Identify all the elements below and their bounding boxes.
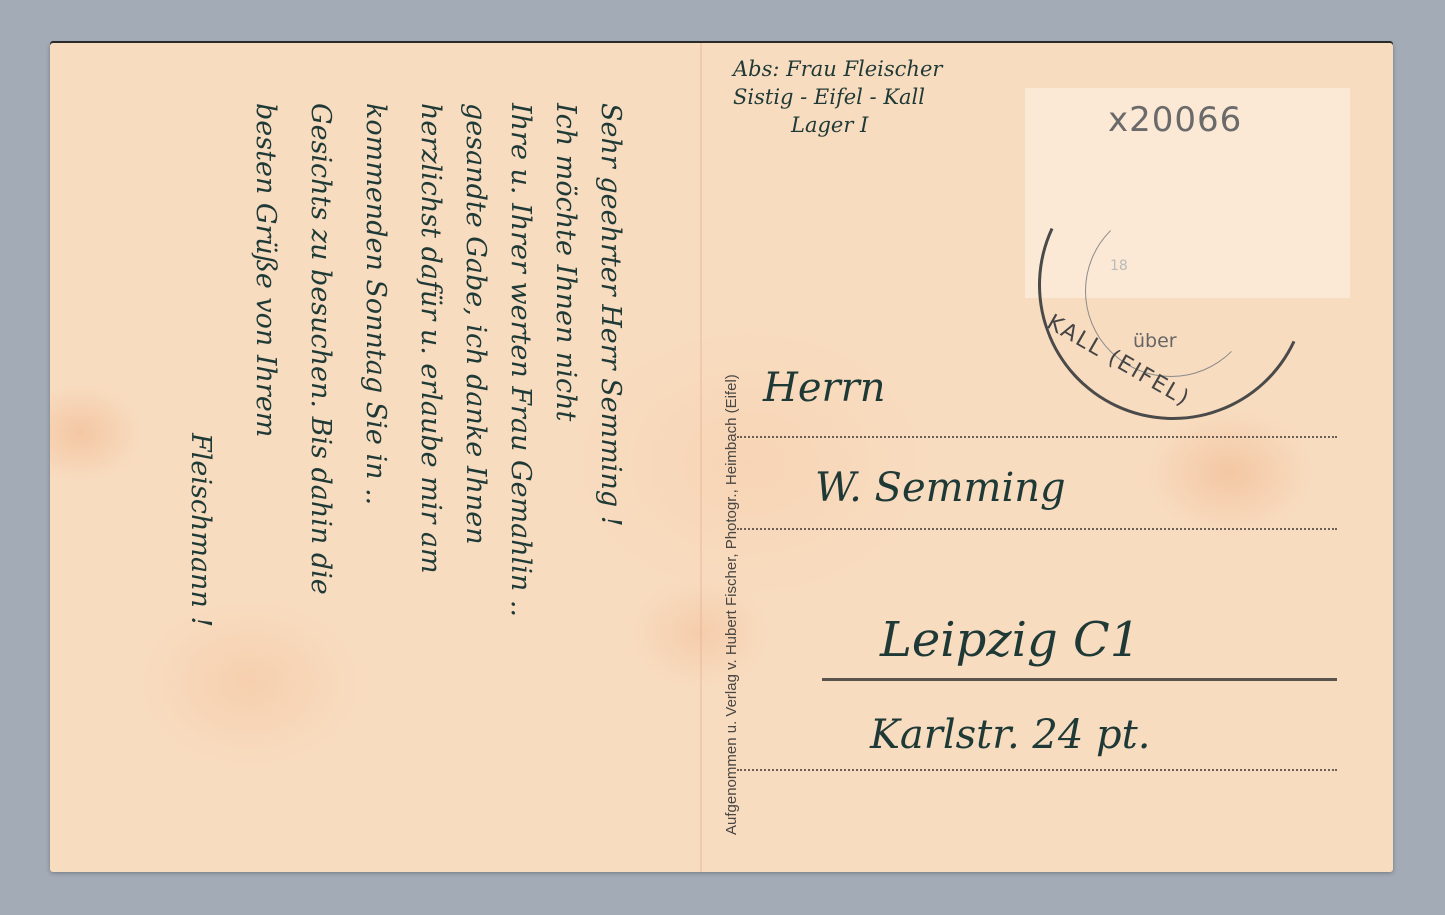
sender-block: Abs: Frau Fleischer Sistig - Eifel - Kal… — [733, 55, 942, 139]
postmark-subtext: über — [1133, 330, 1177, 352]
sender-line: Lager I — [733, 111, 942, 139]
message-line: besten Grüße von Ihrem — [250, 103, 281, 437]
message-line: Sehr geehrter Herr Semming ! — [595, 103, 626, 527]
message-line: Ihre u. Ihrer werten Frau Gemahlin .. — [505, 103, 536, 617]
message-line: gesandte Gabe, ich danke Ihnen — [460, 103, 491, 545]
sender-line: Abs: Frau Fleischer — [733, 55, 942, 83]
postmark-date: 18 — [1110, 258, 1128, 274]
address-city: Leipzig C1 — [880, 612, 1140, 668]
address-line-2 — [737, 528, 1337, 530]
publisher-imprint: Aufgenommen u. Verlag v. Hubert Fischer,… — [718, 45, 740, 835]
address-salutation: Herrn — [763, 365, 886, 411]
message-line: herzlichst dafür u. erlaube mir am — [415, 103, 446, 574]
message-signature: Fleischmann ! — [185, 433, 216, 627]
message-line: kommenden Sonntag Sie in .. — [360, 103, 391, 505]
address-street: Karlstr. 24 pt. — [870, 712, 1150, 758]
address-name: W. Semming — [815, 465, 1066, 511]
pencil-reference-number: x20066 — [1108, 100, 1242, 140]
message-line: Ich möchte Ihnen nicht — [550, 103, 581, 421]
sender-line: Sistig - Eifel - Kall — [733, 83, 942, 111]
address-line-1 — [737, 436, 1337, 438]
address-line-3 — [822, 678, 1337, 681]
message-line: Gesichts zu besuchen. Bis dahin die — [305, 103, 336, 595]
address-line-4 — [737, 769, 1337, 771]
center-divider — [700, 43, 702, 872]
